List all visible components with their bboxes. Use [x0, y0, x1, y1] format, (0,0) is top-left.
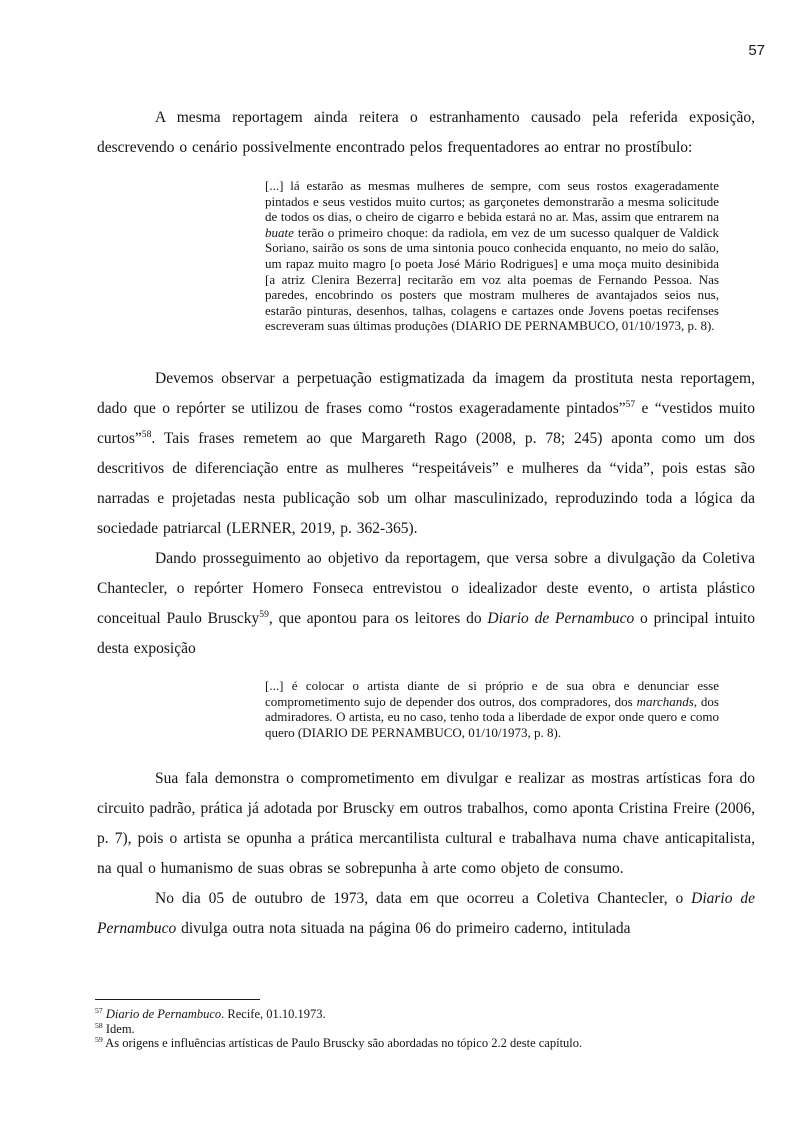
page-body: A mesma reportagem ainda reitera o estra… [97, 103, 755, 944]
paragraph-entrevista-bruscky: Dando prosseguimento ao objetivo da repo… [97, 544, 755, 664]
paragraph-mostras-fora-circuito: Sua fala demonstra o comprometimento em … [97, 764, 755, 884]
footnote-separator [95, 999, 260, 1000]
footnote-59: 59 As origens e influências artísticas d… [95, 1036, 755, 1051]
document-page: 57 A mesma reportagem ainda reitera o es… [0, 0, 800, 1131]
page-number: 57 [748, 42, 765, 59]
footnote-57: 57 Diario de Pernambuco. Recife, 01.10.1… [95, 1007, 755, 1022]
paragraph-intro-exposicao: A mesma reportagem ainda reitera o estra… [97, 103, 755, 163]
blockquote-fala-bruscky: [...] é colocar o artista diante de si p… [265, 678, 737, 740]
blockquote-prostibulo-cenario: [...] lá estarão as mesmas mulheres de s… [265, 178, 737, 334]
paragraph-perpetuacao-estigma: Devemos observar a perpetuação estigmati… [97, 364, 755, 544]
paragraph-nota-05-outubro: No dia 05 de outubro de 1973, data em qu… [97, 884, 755, 944]
footnote-58: 58 Idem. [95, 1022, 755, 1037]
footnotes-section: 57 Diario de Pernambuco. Recife, 01.10.1… [95, 999, 755, 1051]
